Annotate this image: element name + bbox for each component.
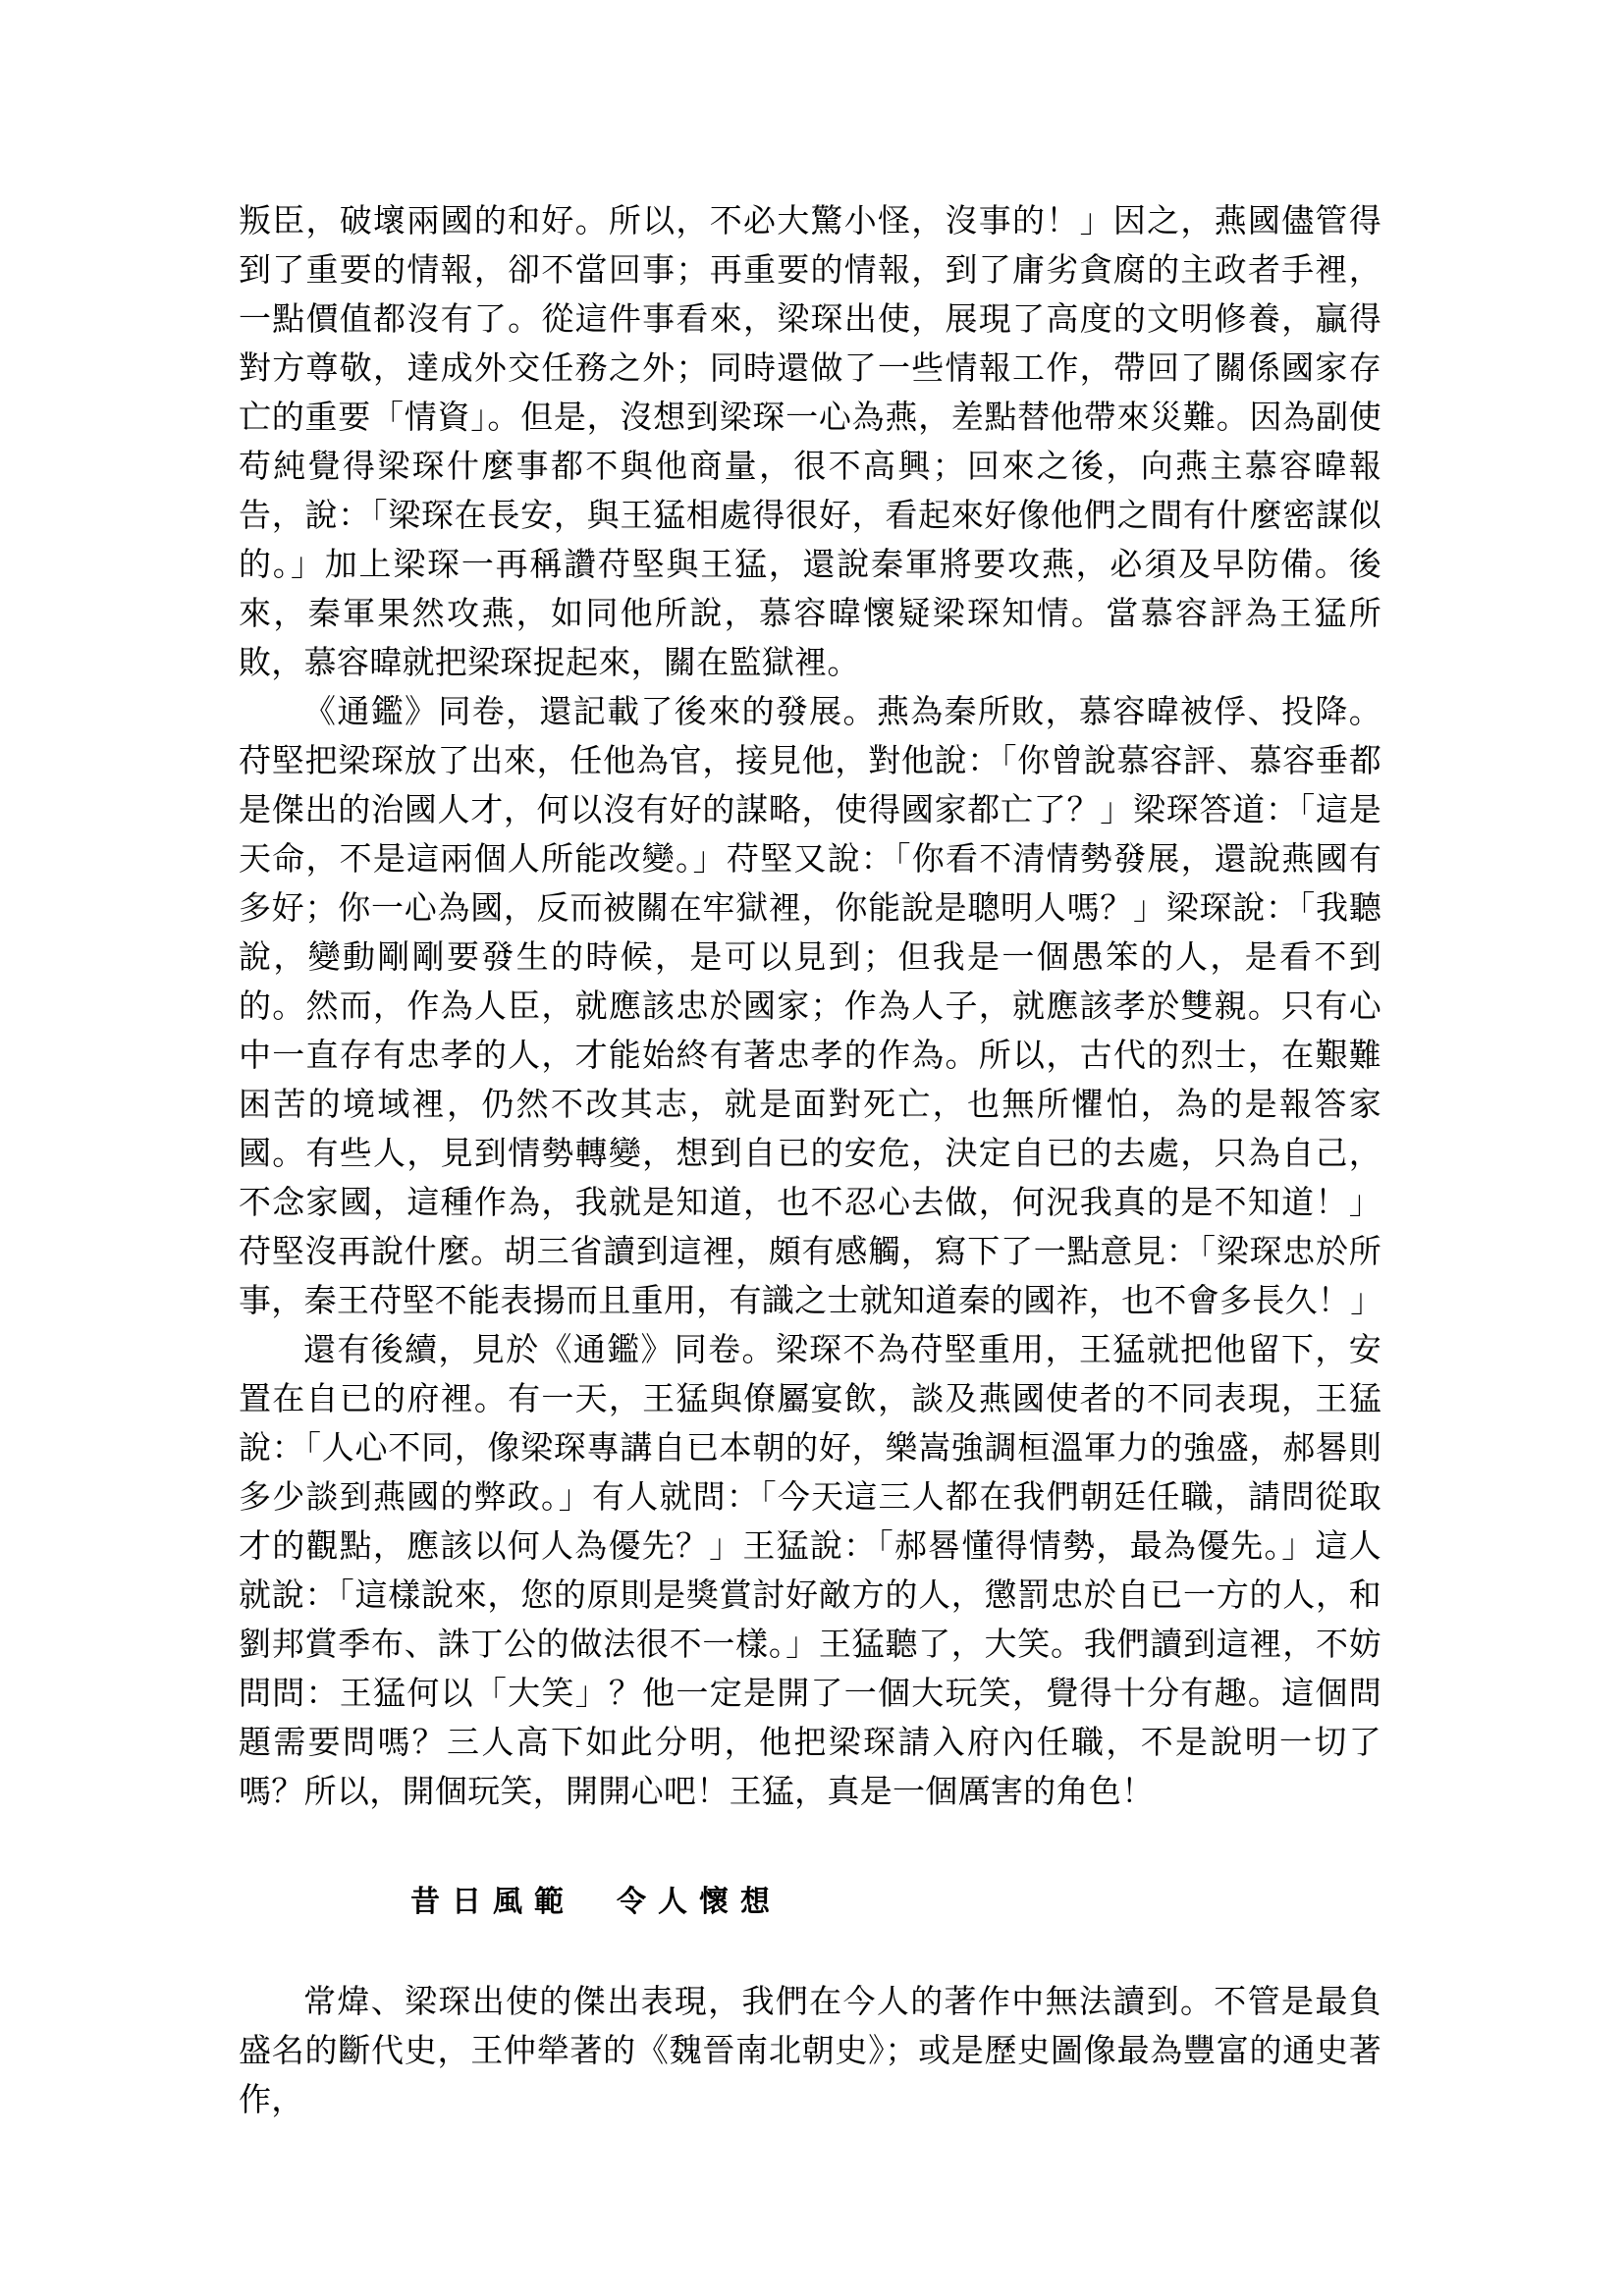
paragraph-continuation: 叛臣，破壞兩國的和好。所以，不必大驚小怪，沒事的！」因之，燕國儘管得到了重要的情… bbox=[239, 197, 1381, 688]
section-heading: 昔日風範 令人懷想 bbox=[410, 1878, 1381, 1927]
paragraph: 還有後續，見於《通鑑》同卷。梁琛不為苻堅重用，王猛就把他留下，安置在自已的府裡。… bbox=[239, 1326, 1381, 1817]
paragraph: 常煒、梁琛出使的傑出表現，我們在今人的著作中無法讀到。不管是最負盛名的斷代史，王… bbox=[239, 1978, 1381, 2125]
paragraph: 《通鑑》同卷，還記載了後來的發展。燕為秦所敗，慕容暐被俘、投降。苻堅把梁琛放了出… bbox=[239, 688, 1381, 1326]
document-page: 叛臣，破壞兩國的和好。所以，不必大驚小怪，沒事的！」因之，燕國儘管得到了重要的情… bbox=[0, 0, 1624, 2296]
